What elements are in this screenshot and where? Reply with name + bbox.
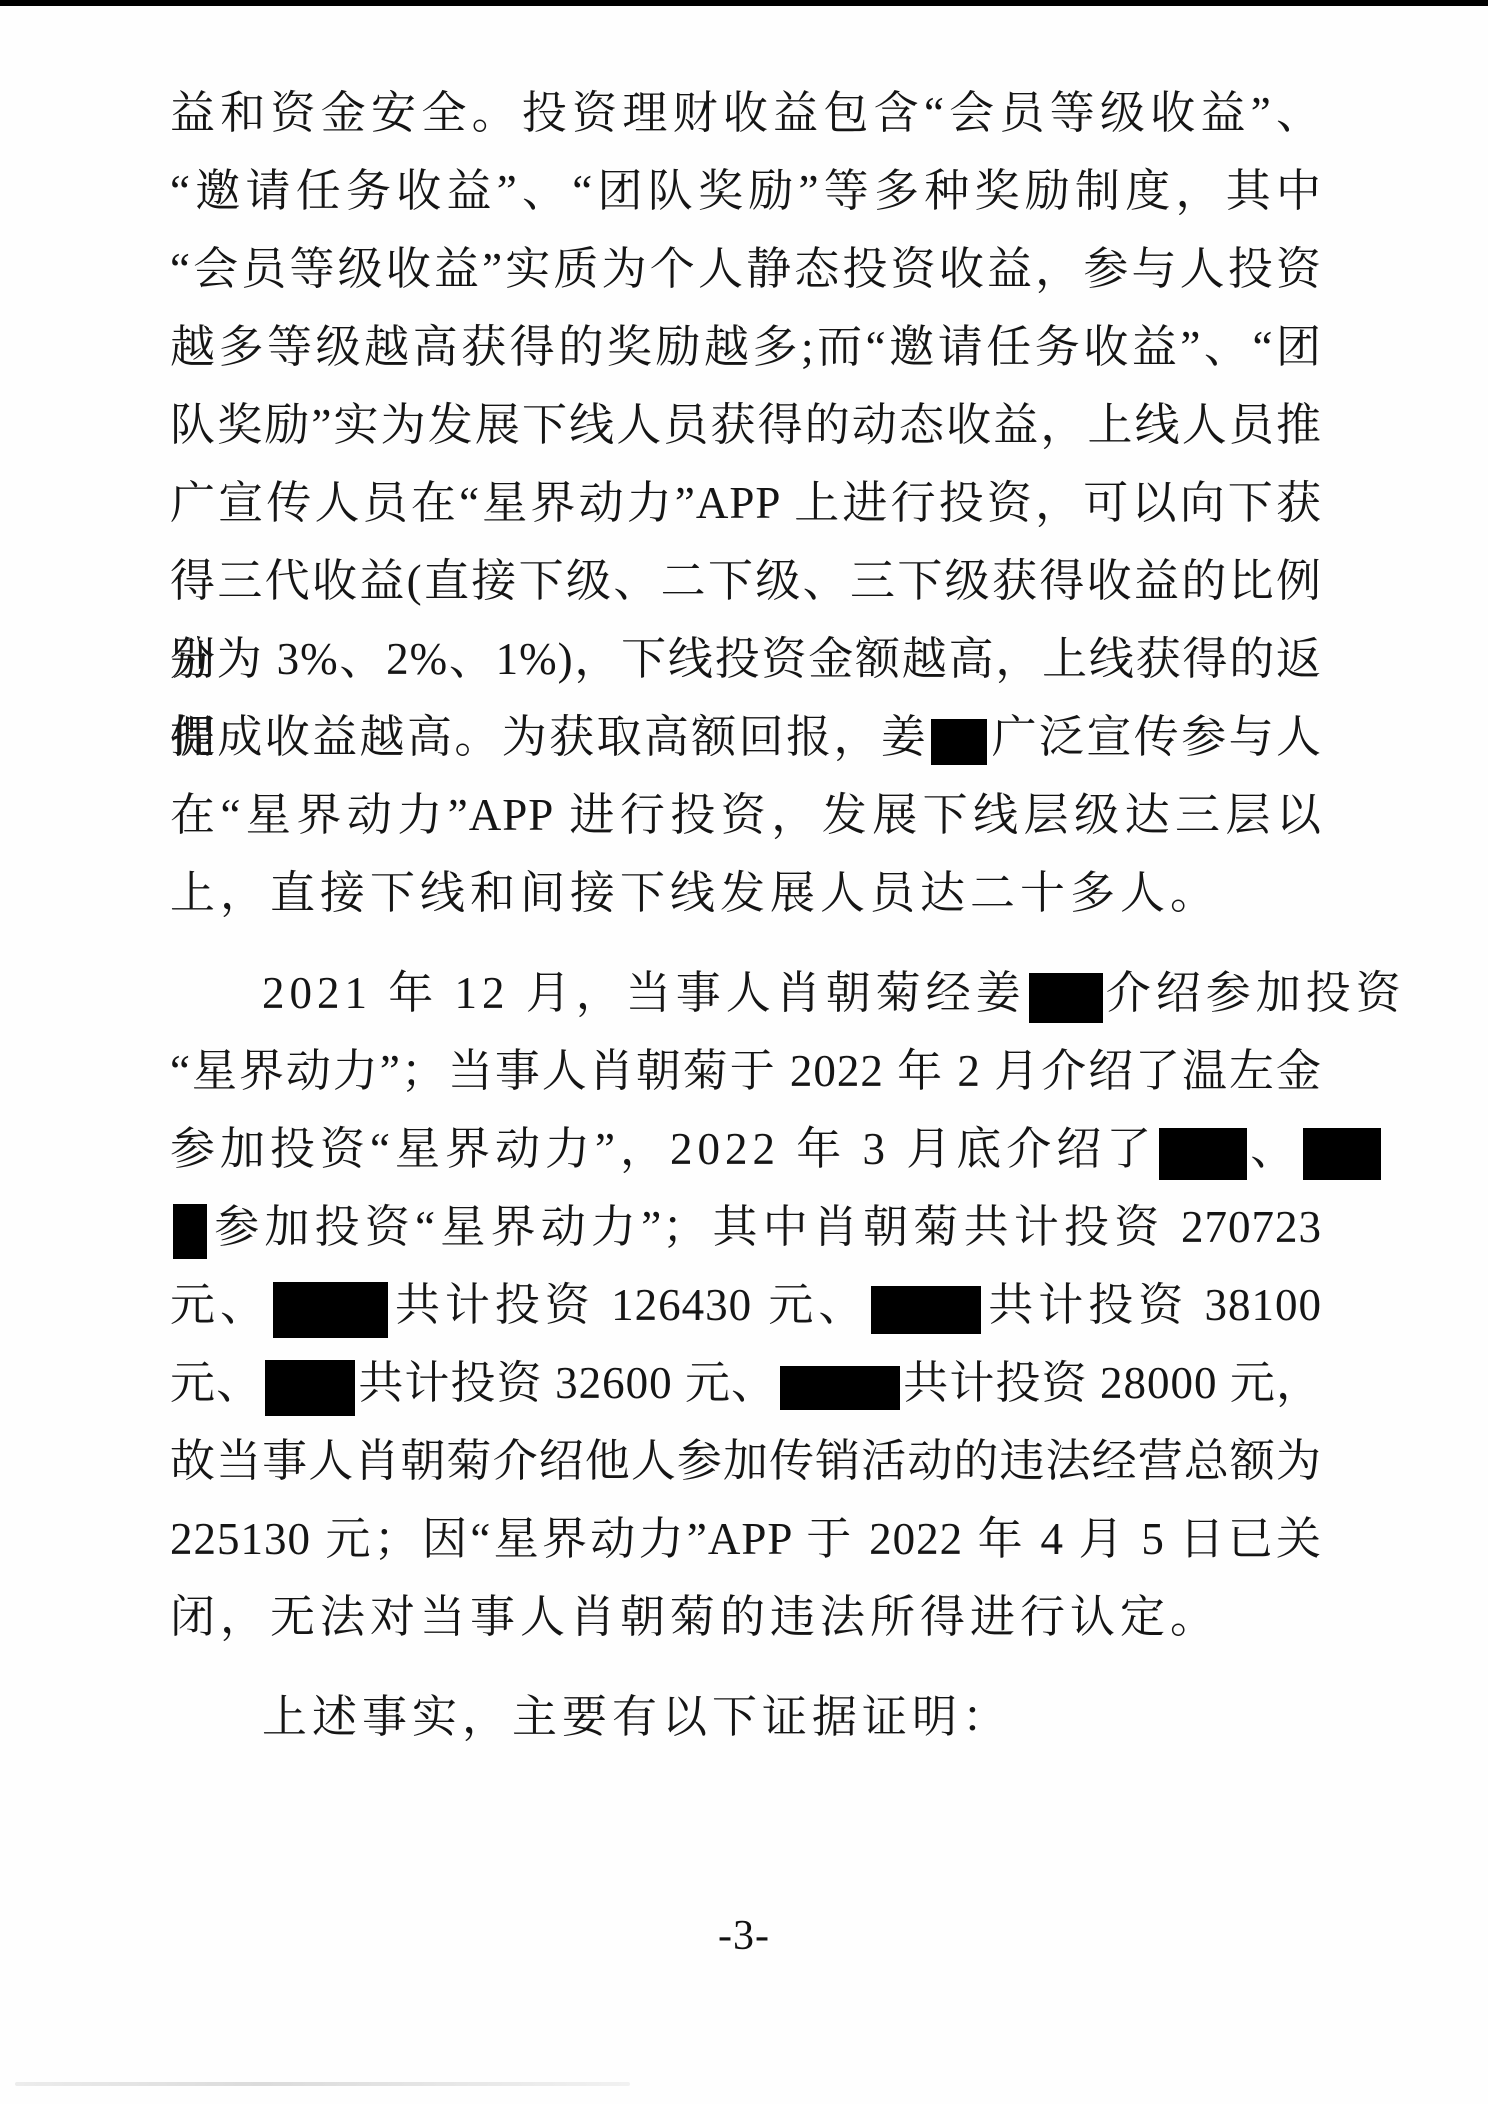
- scan-artifact: [15, 2082, 630, 2086]
- text-run: 共计投资 38100: [984, 1280, 1322, 1330]
- text-run: 共计投资 28000 元，: [903, 1358, 1322, 1408]
- text-run: 广泛宣传参与人: [990, 712, 1322, 762]
- text-line: “会员等级收益”实质为个人静态投资收益，参与人投资: [170, 230, 1322, 308]
- text-line: 上述事实，主要有以下证据证明：: [170, 1678, 1322, 1756]
- text-line: 得三代收益(直接下级、二下级、三下级获得收益的比例分: [170, 542, 1322, 620]
- text-line: 元、共计投资 32600 元、共计投资 28000 元，: [170, 1344, 1322, 1422]
- text-line: 上，直接下线和间接下线发展人员达二十多人。: [170, 854, 1322, 932]
- page-number: -3-: [0, 1912, 1488, 1960]
- text-line: 225130 元；因“星界动力”APP 于 2022 年 4 月 5 日已关: [170, 1500, 1322, 1578]
- text-line: 广宣传人员在“星界动力”APP 上进行投资，可以向下获: [170, 464, 1322, 542]
- text-line: “星界动力”；当事人肖朝菊于 2022 年 2 月介绍了温左金: [170, 1032, 1322, 1110]
- text-run: 队奖励”实为发展下线人员获得的动态收益，上线人员推: [170, 400, 1322, 450]
- text-line: 提成收益越高。为获取高额回报，姜广泛宣传参与人: [170, 698, 1322, 776]
- text-run: 广宣传人员在“星界动力”APP 上进行投资，可以向下获: [170, 478, 1322, 528]
- text-run: 元、: [170, 1280, 270, 1330]
- text-run: 在“星界动力”APP 进行投资，发展下线层级达三层以: [170, 790, 1322, 840]
- redaction-box: [1159, 1128, 1247, 1180]
- text-run: 越多等级越高获得的奖励越多;而“邀请任务收益”、“团: [170, 322, 1322, 372]
- text-run: 共计投资 126430 元、: [391, 1280, 868, 1330]
- redaction-box: [1029, 973, 1103, 1023]
- text-run: 上，直接下线和间接下线发展人员达二十多人。: [170, 868, 1220, 918]
- paragraph-scheme-description: 益和资金安全。投资理财收益包含“会员等级收益”、“邀请任务收益”、“团队奖励”等…: [170, 74, 1322, 932]
- redaction-box: [173, 1204, 207, 1259]
- text-line: 在“星界动力”APP 进行投资，发展下线层级达三层以: [170, 776, 1322, 854]
- text-line: 益和资金安全。投资理财收益包含“会员等级收益”、: [170, 74, 1322, 152]
- text-run: 益和资金安全。投资理财收益包含“会员等级收益”、: [170, 88, 1322, 138]
- text-run: “星界动力”；当事人肖朝菊于 2022 年 2 月介绍了温左金: [170, 1046, 1322, 1096]
- text-run: 介绍参加投资: [1106, 968, 1406, 1018]
- redaction-box: [273, 1282, 388, 1338]
- text-run: 提成收益越高。为获取高额回报，姜: [170, 712, 928, 762]
- text-line: “邀请任务收益”、“团队奖励”等多种奖励制度，其中: [170, 152, 1322, 230]
- text-line: 队奖励”实为发展下线人员获得的动态收益，上线人员推: [170, 386, 1322, 464]
- document-body: 益和资金安全。投资理财收益包含“会员等级收益”、“邀请任务收益”、“团队奖励”等…: [170, 74, 1322, 1756]
- text-run: 参加投资“星界动力”；其中肖朝菊共计投资 270723: [210, 1202, 1322, 1252]
- text-run: 2021 年 12 月，当事人肖朝菊经姜: [262, 968, 1026, 1018]
- scan-edge-top: [0, 0, 1488, 6]
- text-run: 元、: [170, 1358, 262, 1408]
- redaction-box: [931, 719, 987, 765]
- text-run: 共计投资 32600 元、: [358, 1358, 777, 1408]
- text-run: 参加投资“星界动力”，2022 年 3 月底介绍了: [170, 1124, 1156, 1174]
- text-run: 、: [1250, 1124, 1300, 1174]
- text-run: 闭，无法对当事人肖朝菊的违法所得进行认定。: [170, 1592, 1220, 1642]
- text-run: “邀请任务收益”、“团队奖励”等多种奖励制度，其中: [170, 166, 1322, 216]
- text-line: 参加投资“星界动力”；其中肖朝菊共计投资 270723: [170, 1188, 1322, 1266]
- redaction-box: [1303, 1128, 1381, 1180]
- redaction-box: [265, 1360, 355, 1416]
- text-line: 2021 年 12 月，当事人肖朝菊经姜介绍参加投资: [170, 954, 1322, 1032]
- redaction-box: [780, 1366, 900, 1410]
- text-run: 上述事实，主要有以下证据证明：: [262, 1692, 1012, 1742]
- text-line: 闭，无法对当事人肖朝菊的违法所得进行认定。: [170, 1578, 1322, 1656]
- text-line: 别为 3%、2%、1%)，下线投资金额越高，上线获得的返佣: [170, 620, 1322, 698]
- text-run: 225130 元；因“星界动力”APP 于 2022 年 4 月 5 日已关: [170, 1514, 1322, 1564]
- paragraph-investment-facts: 2021 年 12 月，当事人肖朝菊经姜介绍参加投资“星界动力”；当事人肖朝菊于…: [170, 954, 1322, 1656]
- text-line: 越多等级越高获得的奖励越多;而“邀请任务收益”、“团: [170, 308, 1322, 386]
- text-line: 参加投资“星界动力”，2022 年 3 月底介绍了、: [170, 1110, 1322, 1188]
- text-run: 故当事人肖朝菊介绍他人参加传销活动的违法经营总额为: [170, 1436, 1322, 1486]
- text-run: “会员等级收益”实质为个人静态投资收益，参与人投资: [170, 244, 1322, 294]
- text-line: 元、共计投资 126430 元、共计投资 38100: [170, 1266, 1322, 1344]
- text-line: 故当事人肖朝菊介绍他人参加传销活动的违法经营总额为: [170, 1422, 1322, 1500]
- redaction-box: [871, 1286, 981, 1334]
- paragraph-evidence-intro: 上述事实，主要有以下证据证明：: [170, 1678, 1322, 1756]
